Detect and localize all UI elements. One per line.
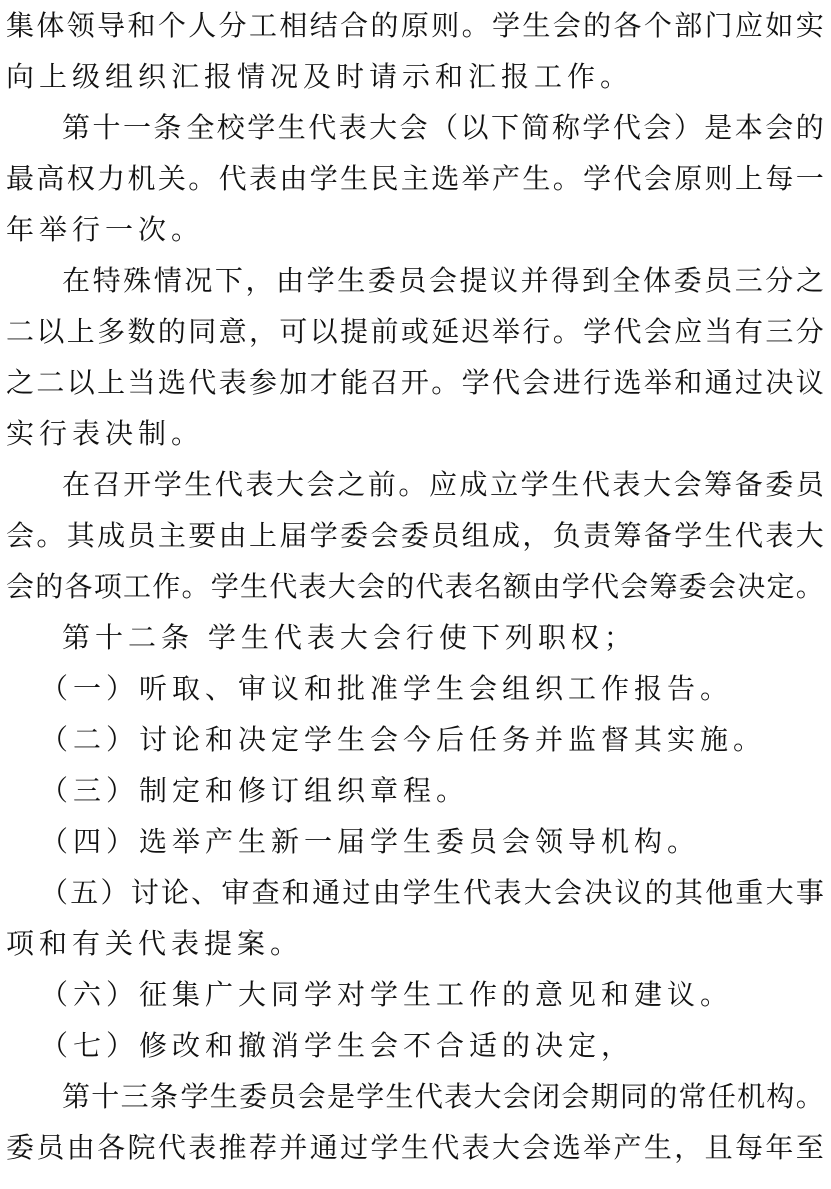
text-line: （四）选举产生新一届学生委员会领导机构。 <box>40 822 824 862</box>
text-line: 实行表决制。 <box>6 414 824 454</box>
text-line: 会。其成员主要由上届学委会委员组成，负责筹备学生代表大 <box>6 516 824 556</box>
text-line: 在召开学生代表大会之前。应成立学生代表大会筹备委员 <box>62 465 824 505</box>
text-line: 第十三条 学生委员会是学生代表大会闭会期同的常任机构。 <box>62 1077 824 1117</box>
text-line: （三）制定和修订组织章程。 <box>40 771 824 811</box>
text-line: 向上级组织汇报情况及时请示和汇报工作。 <box>6 57 824 97</box>
text-line: 二以上多数的同意，可以提前或延迟举行。学代会应当有三分 <box>6 312 824 352</box>
text-line: 年举行一次。 <box>6 210 824 250</box>
text-line: 第十一条 全校学生代表大会（以下简称学代会）是本会的 <box>62 108 824 148</box>
text-line: 最高权力机关。代表由学生民主选举产生。学代会原则上每一 <box>6 159 824 199</box>
text-line: 之二以上当选代表参加才能召开。学代会进行选举和通过决议 <box>6 363 824 403</box>
text-line: 项和有关代表提案。 <box>6 924 824 964</box>
text-line: 委员由各院代表推荐并通过学生代表大会选举产生，且每年至 <box>6 1128 824 1168</box>
text-line: 第十二条 学生代表大会行使下列职权； <box>62 618 824 658</box>
text-line: （五）讨论、审查和通过由学生代表大会决议的其他重大事 <box>40 873 824 913</box>
text-line: （一）听取、审议和批准学生会组织工作报告。 <box>40 669 824 709</box>
document-page: 集体领导和个人分工相结合的原则。学生会的各个部门应如实向上级组织汇报情况及时请示… <box>0 0 831 1189</box>
text-line: 在特殊情况下，由学生委员会提议并得到全体委员三分之 <box>62 261 824 301</box>
text-line: 会的各项工作。学生代表大会的代表名额由学代会筹委会决定。 <box>6 567 824 607</box>
text-line: 集体领导和个人分工相结合的原则。学生会的各个部门应如实 <box>6 6 824 46</box>
text-line: （二）讨论和决定学生会今后任务并监督其实施。 <box>40 720 824 760</box>
text-line: （六）征集广大同学对学生工作的意见和建议。 <box>40 975 824 1015</box>
text-line: （七）修改和撤消学生会不合适的决定， <box>40 1026 824 1066</box>
